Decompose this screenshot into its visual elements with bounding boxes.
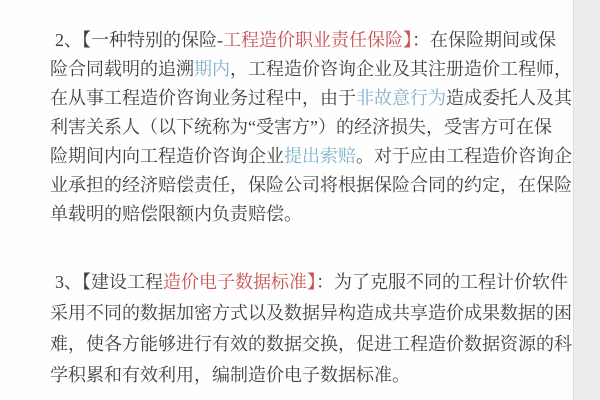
- text-line: 单载明的赔偿限额内负责赔偿。: [50, 200, 550, 229]
- highlight-term-blue: 期内: [194, 59, 230, 79]
- text-segment: 利害关系人（以下统称为“受害方”）的经济损失，受害方可在保: [50, 117, 552, 137]
- page-right-edge: [573, 0, 600, 400]
- text-segment: 险合同载明的追溯: [50, 59, 194, 79]
- text-segment: 在从事工程造价咨询业务过程中，由于: [50, 88, 356, 108]
- text-line: 利害关系人（以下统称为“受害方”）的经济损失，受害方可在保: [50, 113, 550, 142]
- text-segment: 3、【建设工程: [55, 272, 163, 292]
- highlight-term-blue: 非故意行为: [356, 88, 446, 108]
- highlight-term-blue: 提出索赔: [284, 146, 356, 166]
- text-line: 采用不同的数据加密方式以及数据异构造成共享造价成果数据的困: [50, 298, 550, 329]
- text-line: 险期间内向工程造价咨询企业提出索赔。对于应由工程造价咨询企: [50, 142, 550, 171]
- text-line: 学积累和有效利用，编制造价电子数据标准。: [50, 360, 550, 391]
- text-segment: ，工程造价咨询企业及其注册造价工程师，: [230, 59, 572, 79]
- document-body: 2、【一种特别的保险-工程造价职业责任保险】：在保险期间或保险合同载明的追溯期内…: [50, 26, 550, 391]
- text-segment: 2、【一种特别的保险-: [55, 30, 223, 50]
- text-line: 2、【一种特别的保险-工程造价职业责任保险】：在保险期间或保: [50, 26, 550, 55]
- text-segment: ：为了克服不同的工程计价软件: [316, 272, 568, 292]
- text-segment: 采用不同的数据加密方式以及数据异构造成共享造价成果数据的困: [50, 303, 572, 323]
- text-line: 在从事工程造价咨询业务过程中，由于非故意行为造成委托人及其: [50, 84, 550, 113]
- text-segment: 险期间内向工程造价咨询企业: [50, 146, 284, 166]
- text-segment: 学积累和有效利用，编制造价电子数据标准。: [50, 365, 410, 385]
- text-segment: 业承担的经济赔偿责任，保险公司将根据保险合同的约定，在保险: [50, 175, 572, 195]
- text-segment: 单载明的赔偿限额内负责赔偿。: [50, 204, 302, 224]
- text-segment: 造成委托人及其: [446, 88, 572, 108]
- paragraph-item-3: 3、【建设工程造价电子数据标准】：为了克服不同的工程计价软件采用不同的数据加密方…: [50, 267, 550, 391]
- text-line: 3、【建设工程造价电子数据标准】：为了克服不同的工程计价软件: [50, 267, 550, 298]
- document-page: 2、【一种特别的保险-工程造价职业责任保险】：在保险期间或保险合同载明的追溯期内…: [0, 0, 600, 400]
- text-line: 难，使各方能够进行有效的数据交换，促进工程造价数据资源的科: [50, 329, 550, 360]
- text-line: 业承担的经济赔偿责任，保险公司将根据保险合同的约定，在保险: [50, 171, 550, 200]
- highlight-term-red: 工程造价职业责任保险】: [223, 30, 412, 50]
- text-segment: 难，使各方能够进行有效的数据交换，促进工程造价数据资源的科: [50, 334, 572, 354]
- text-segment: ：在保险期间或保: [412, 30, 556, 50]
- text-line: 险合同载明的追溯期内，工程造价咨询企业及其注册造价工程师，: [50, 55, 550, 84]
- highlight-term-red: 造价电子数据标准】: [163, 272, 316, 292]
- text-segment: 。对于应由工程造价咨询企: [356, 146, 572, 166]
- paragraph-item-2: 2、【一种特别的保险-工程造价职业责任保险】：在保险期间或保险合同载明的追溯期内…: [50, 26, 550, 229]
